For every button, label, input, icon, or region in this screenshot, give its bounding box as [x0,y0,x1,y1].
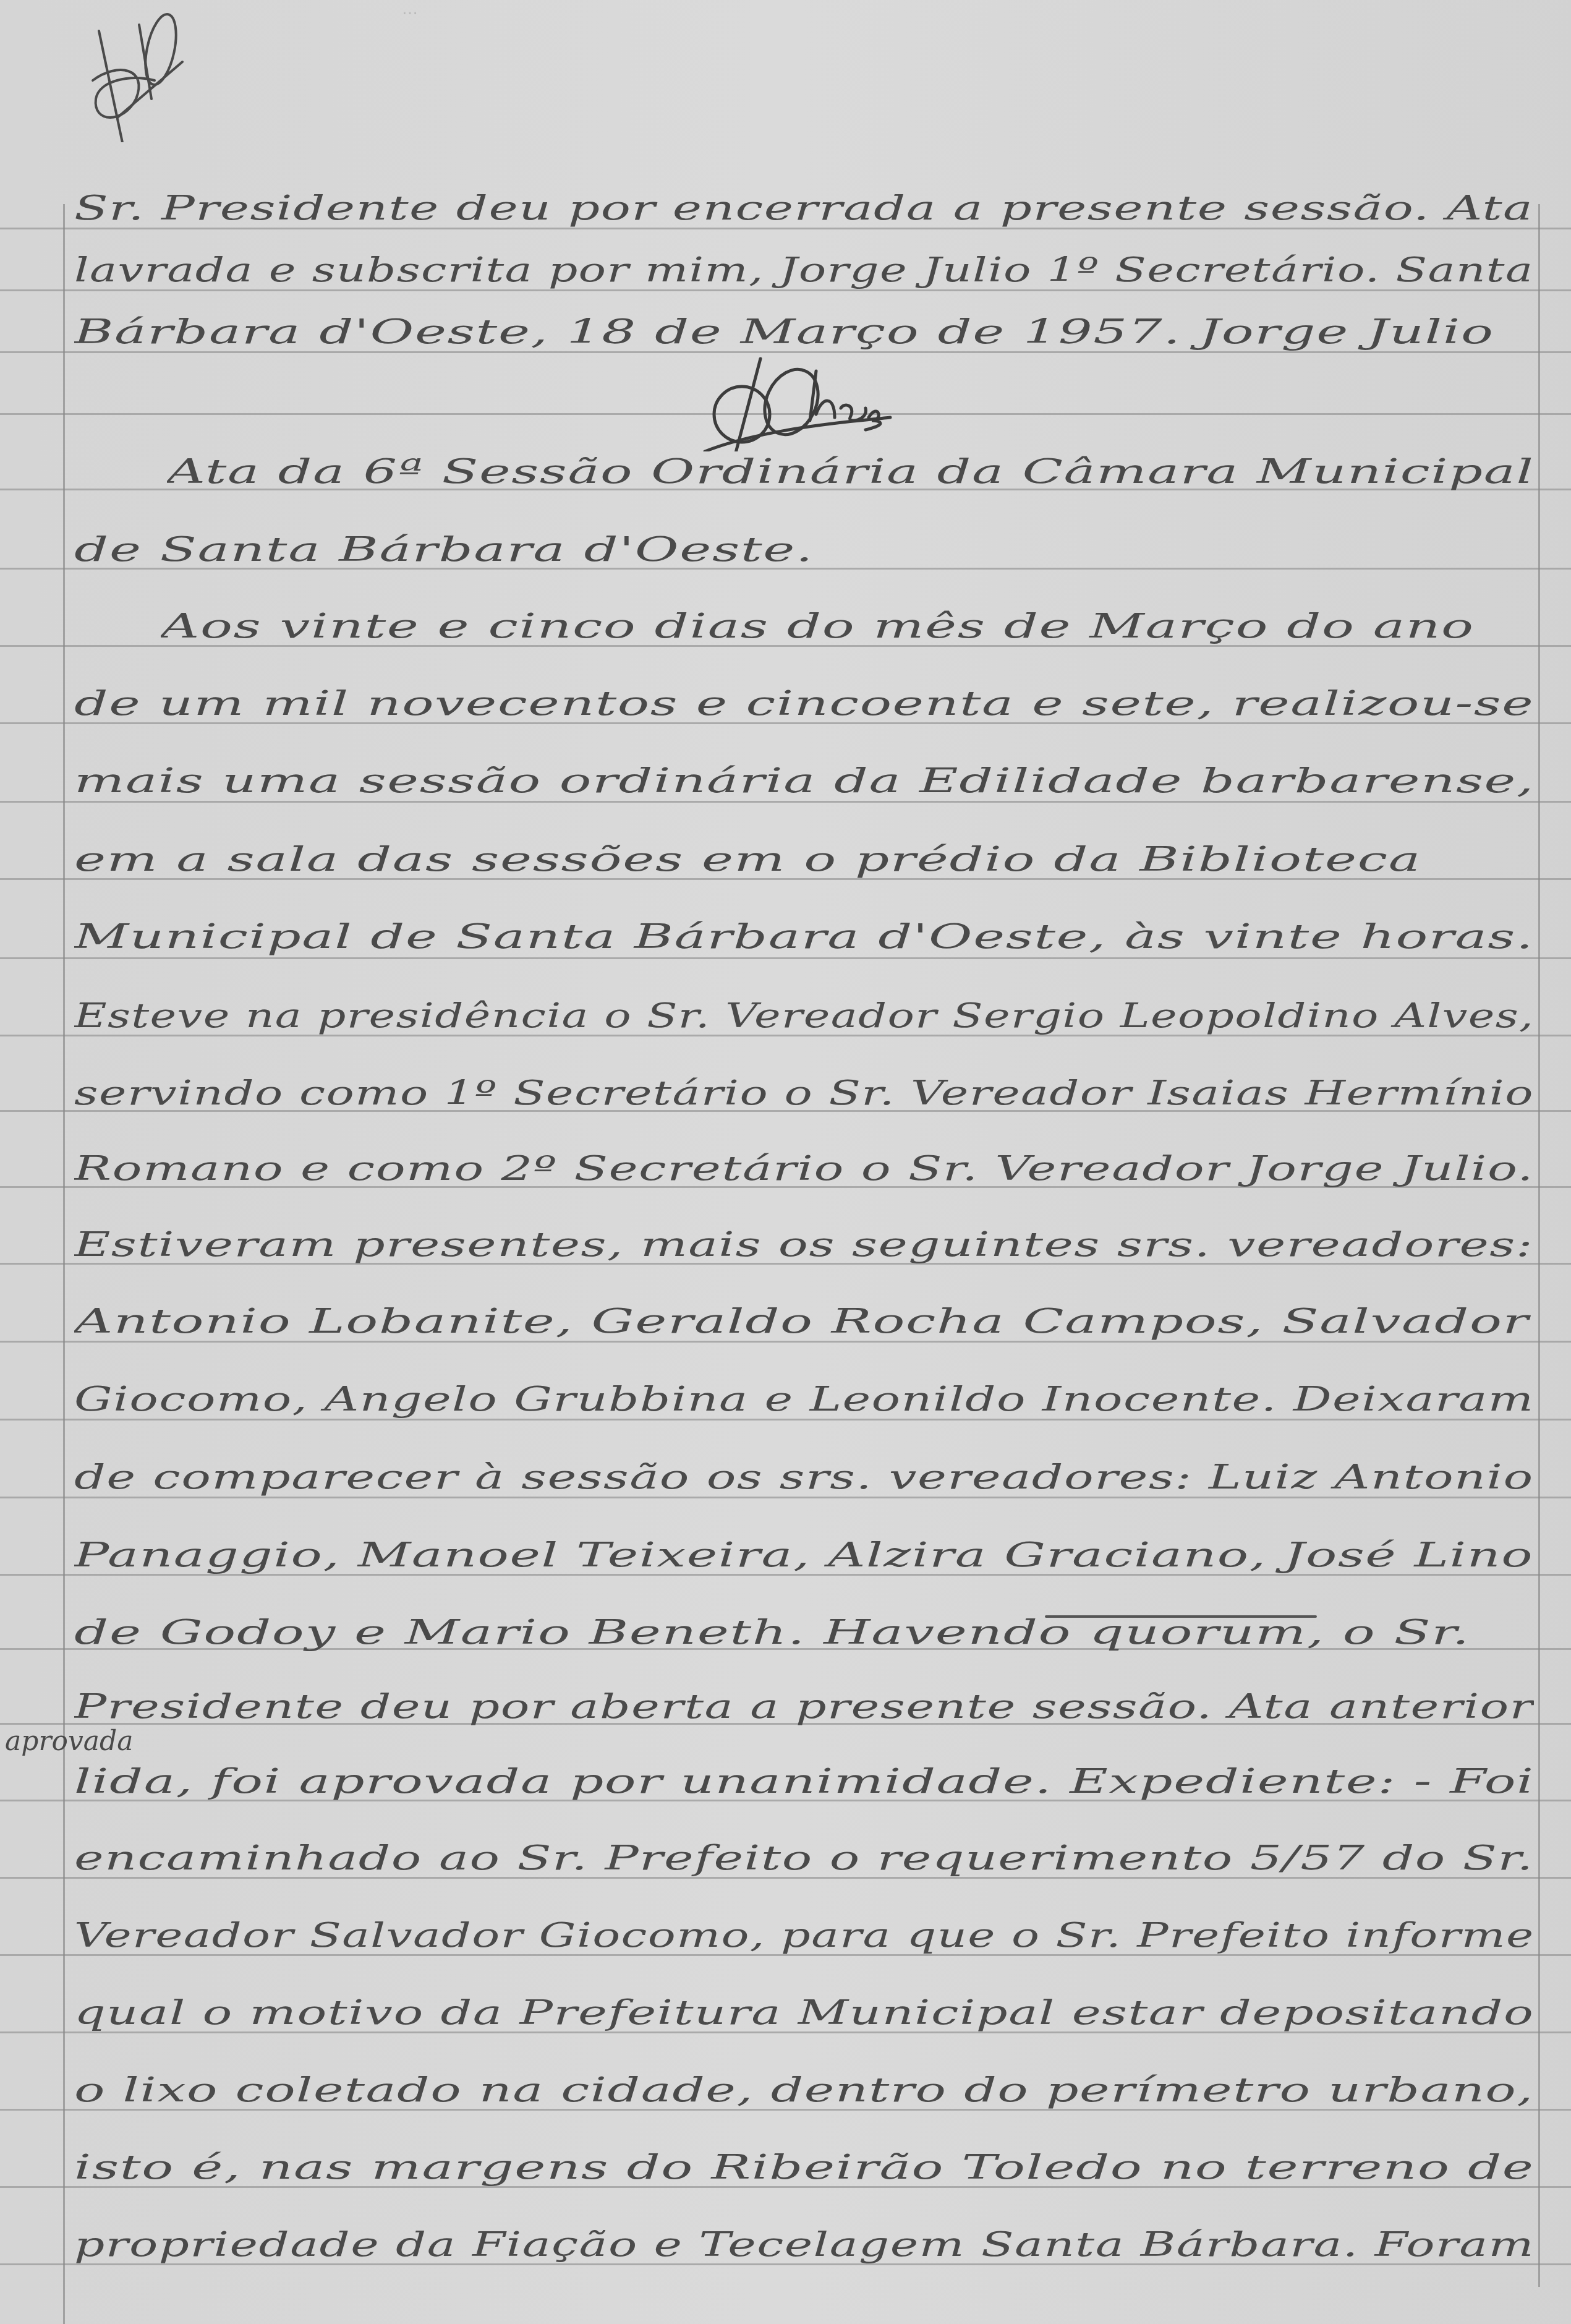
body-line: de comparecer à sessão os srs. vereadore… [74,1458,1534,1497]
closing-line: lavrada e subscrita por mim, Jorge Julio… [74,250,1533,289]
body-line: Esteve na presidência o Sr. Vereador Ser… [74,996,1534,1035]
body-line: Antonio Lobanite, Geraldo Rocha Campos, … [74,1302,1530,1341]
body-line: Aos vinte e cinco dias do mês de Março d… [161,607,1475,646]
body-line: isto é, nas margens do Ribeirão Toledo n… [74,2148,1534,2187]
body-line: propriedade da Fiação e Tecelagem Santa … [74,2225,1534,2264]
body-line: de Godoy e Mario Beneth. Havendo quorum,… [74,1613,1470,1652]
closing-line: Sr. Presidente deu por encerrada a prese… [74,189,1533,228]
body-line: Estiveram presentes, mais os seguintes s… [74,1225,1533,1264]
right-margin-rule [1538,204,1540,2287]
title-line: Ata da 6ª Sessão Ordinária da Câmara Mun… [167,452,1534,491]
body-line: Romano e como 2º Secretário o Sr. Veread… [74,1149,1534,1188]
document-page: … [0,0,1571,2324]
body-line: de um mil novecentos e cincoenta e sete,… [74,684,1534,723]
closing-line: Bárbara d'Oeste, 18 de Março de 1957. Jo… [74,312,1494,351]
body-line: Vereador Salvador Giocomo, para que o Sr… [74,1916,1534,1955]
body-line: encaminhado ao Sr. Prefeito o requerimen… [74,1839,1534,1878]
body-line: qual o motivo da Prefeitura Municipal es… [74,1993,1534,2032]
body-line: lida, foi aprovada por unanimidade. Expe… [74,1762,1534,1801]
body-line: em a sala das sessões em o prédio da Bib… [74,840,1421,879]
title-line: de Santa Bárbara d'Oeste. [74,530,814,569]
body-line: Panaggio, Manoel Teixeira, Alzira Gracia… [74,1536,1533,1574]
left-margin-rule [63,204,65,2324]
body-line: Giocomo, Angelo Grubbina e Leonildo Inoc… [74,1380,1534,1419]
body-line: o lixo coletado na cidade, dentro do per… [74,2070,1534,2109]
body-line: mais uma sessão ordinária da Edilidade b… [74,761,1534,800]
faint-watermark: … [402,0,418,19]
body-line: Presidente deu por aberta a presente ses… [74,1687,1533,1726]
body-line: Municipal de Santa Bárbara d'Oeste, às v… [74,917,1534,956]
initials-rubric-icon [80,6,192,142]
body-line: servindo como 1º Secretário o Sr. Veread… [74,1074,1534,1113]
margin-note: aprovada [5,1725,133,1757]
expediente-underline [1045,1615,1317,1618]
